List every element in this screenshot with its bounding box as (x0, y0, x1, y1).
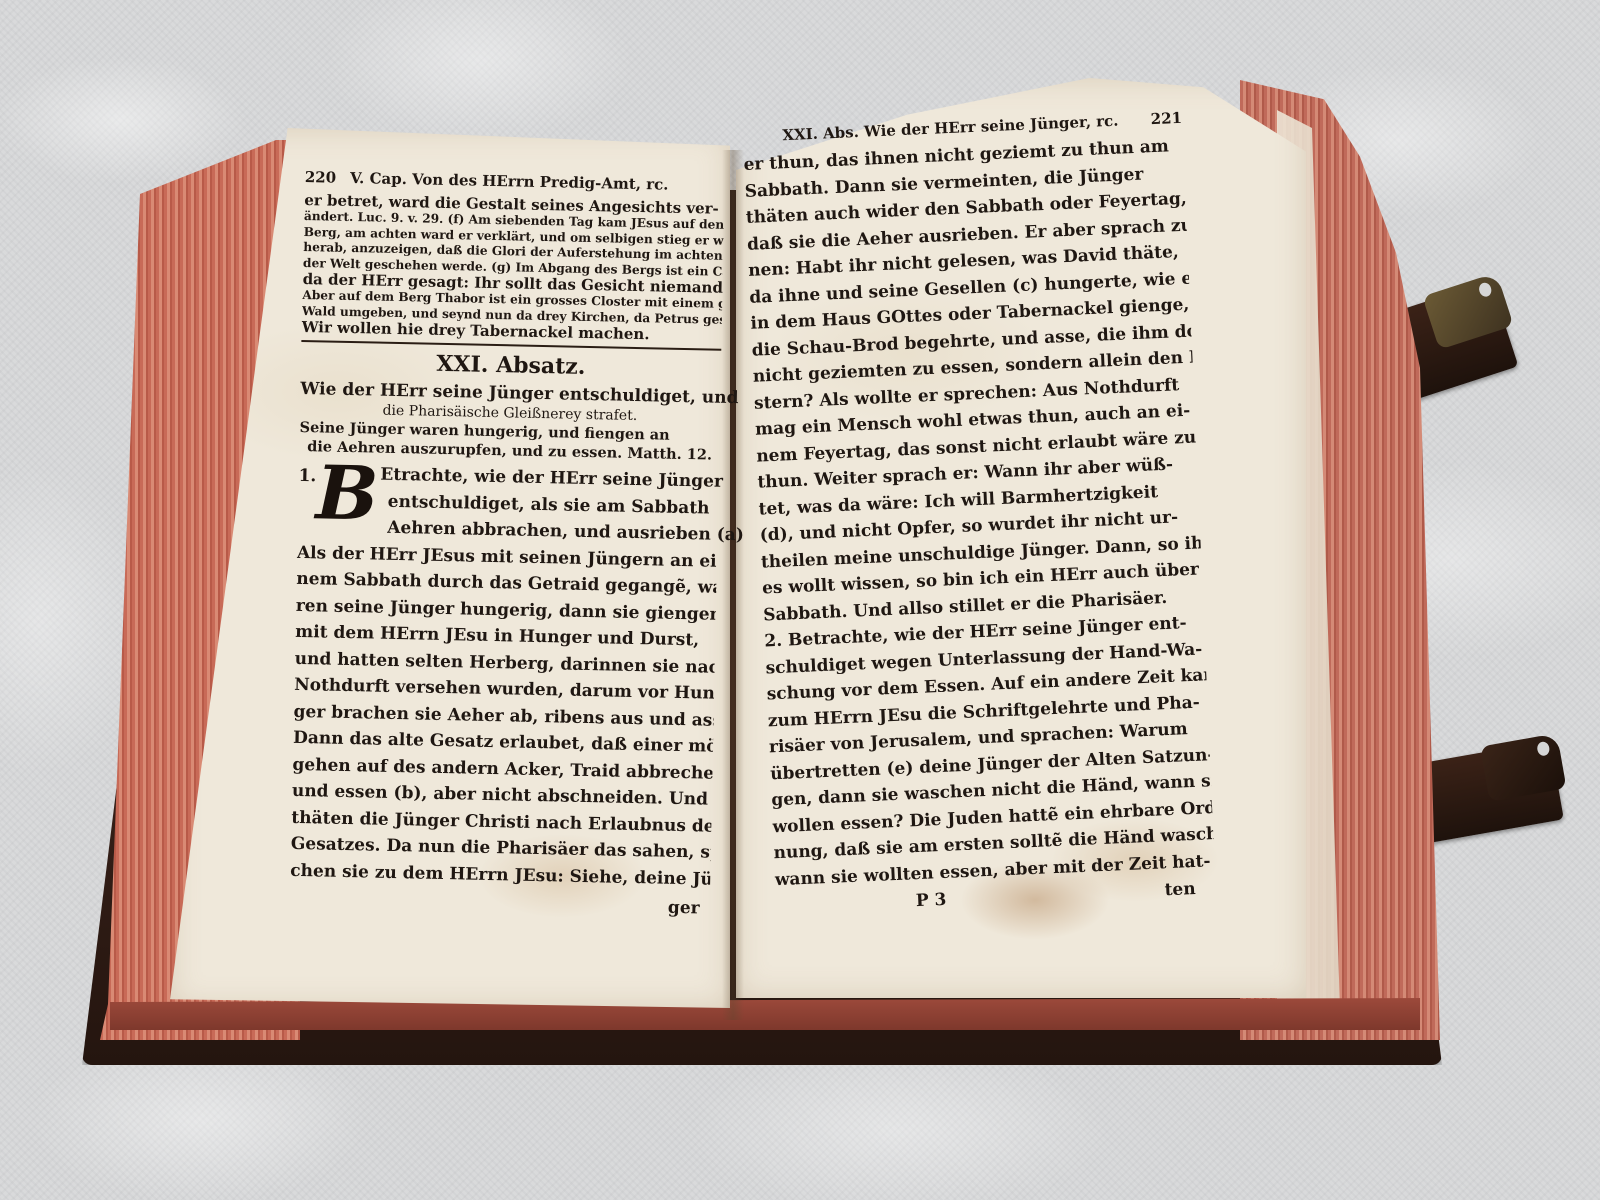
left-page-text: 220 V. Cap. Von des HErrn Predig-Amt, rc… (289, 168, 724, 919)
book-gutter (722, 150, 744, 1020)
paragraph-opening: 1. B Etrachte, wie der HErr seine Jünger… (297, 460, 719, 548)
paragraph-number: 1. (298, 466, 316, 486)
page-number: 221 (1150, 109, 1182, 128)
catchword: ten (1164, 878, 1216, 900)
drop-cap-lines: Etrachte, wie der HErr seine Jünger ents… (379, 462, 745, 549)
drop-cap: B (315, 460, 374, 527)
page-number: 220 (305, 168, 337, 187)
clasp-hole (1536, 741, 1550, 757)
clasp-hole (1477, 281, 1493, 298)
clasp-plate-icon (1480, 733, 1567, 802)
section-title: XXI. Absatz. (301, 348, 721, 383)
right-page-text: XXI. Abs. Wie der HErr seine Jünger, rc.… (742, 109, 1216, 917)
